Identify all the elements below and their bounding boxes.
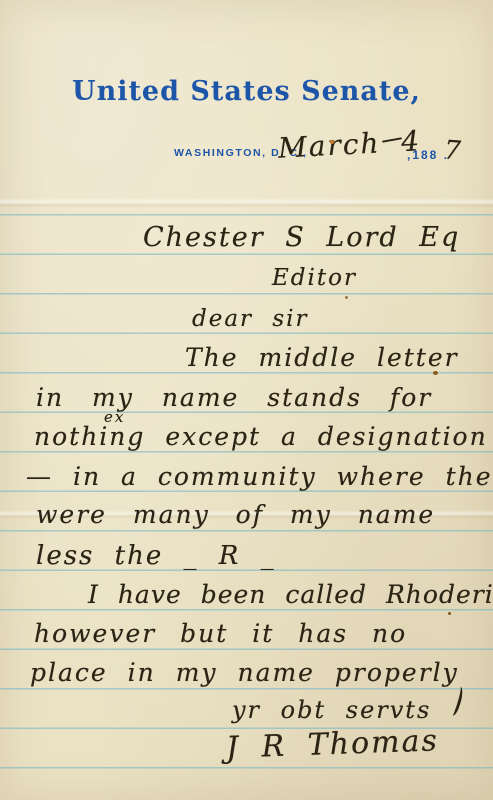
inserted-word: ex: [104, 408, 125, 426]
fold-crease: [0, 198, 493, 208]
foxing-speck: [330, 140, 334, 144]
foxing-speck: [433, 371, 438, 375]
body-line: however but it has no: [34, 619, 407, 648]
body-line: less the _ R _: [36, 541, 276, 571]
body-line: place in my name properly: [30, 658, 459, 687]
recipient-line: Chester S Lord Eq: [143, 222, 460, 253]
body-line: in my name stands for: [36, 383, 432, 412]
body-line: The middle letter: [185, 343, 459, 372]
body-line: were many of my name: [36, 500, 435, 529]
foxing-speck: [345, 296, 348, 299]
recipient-title-line: Editor: [272, 265, 357, 291]
closing-flourish: [448, 685, 466, 716]
signature: J R Thomas: [225, 723, 439, 765]
body-line: nothing except a designation: [34, 422, 488, 451]
body-line: — in a community where there: [26, 462, 493, 491]
salutation-line: dear sir: [192, 306, 309, 332]
letter-scan: United States Senate, WASHINGTON, D. C.,…: [0, 0, 493, 800]
date-handwritten: March 4: [277, 124, 422, 164]
foxing-speck: [448, 612, 451, 615]
closing-line: yr obt servts: [232, 696, 431, 724]
year-digit-handwritten: 7: [443, 135, 464, 166]
letterhead-title: United States Senate,: [0, 76, 493, 107]
body-line: I have been called Rhoderic: [88, 580, 493, 609]
